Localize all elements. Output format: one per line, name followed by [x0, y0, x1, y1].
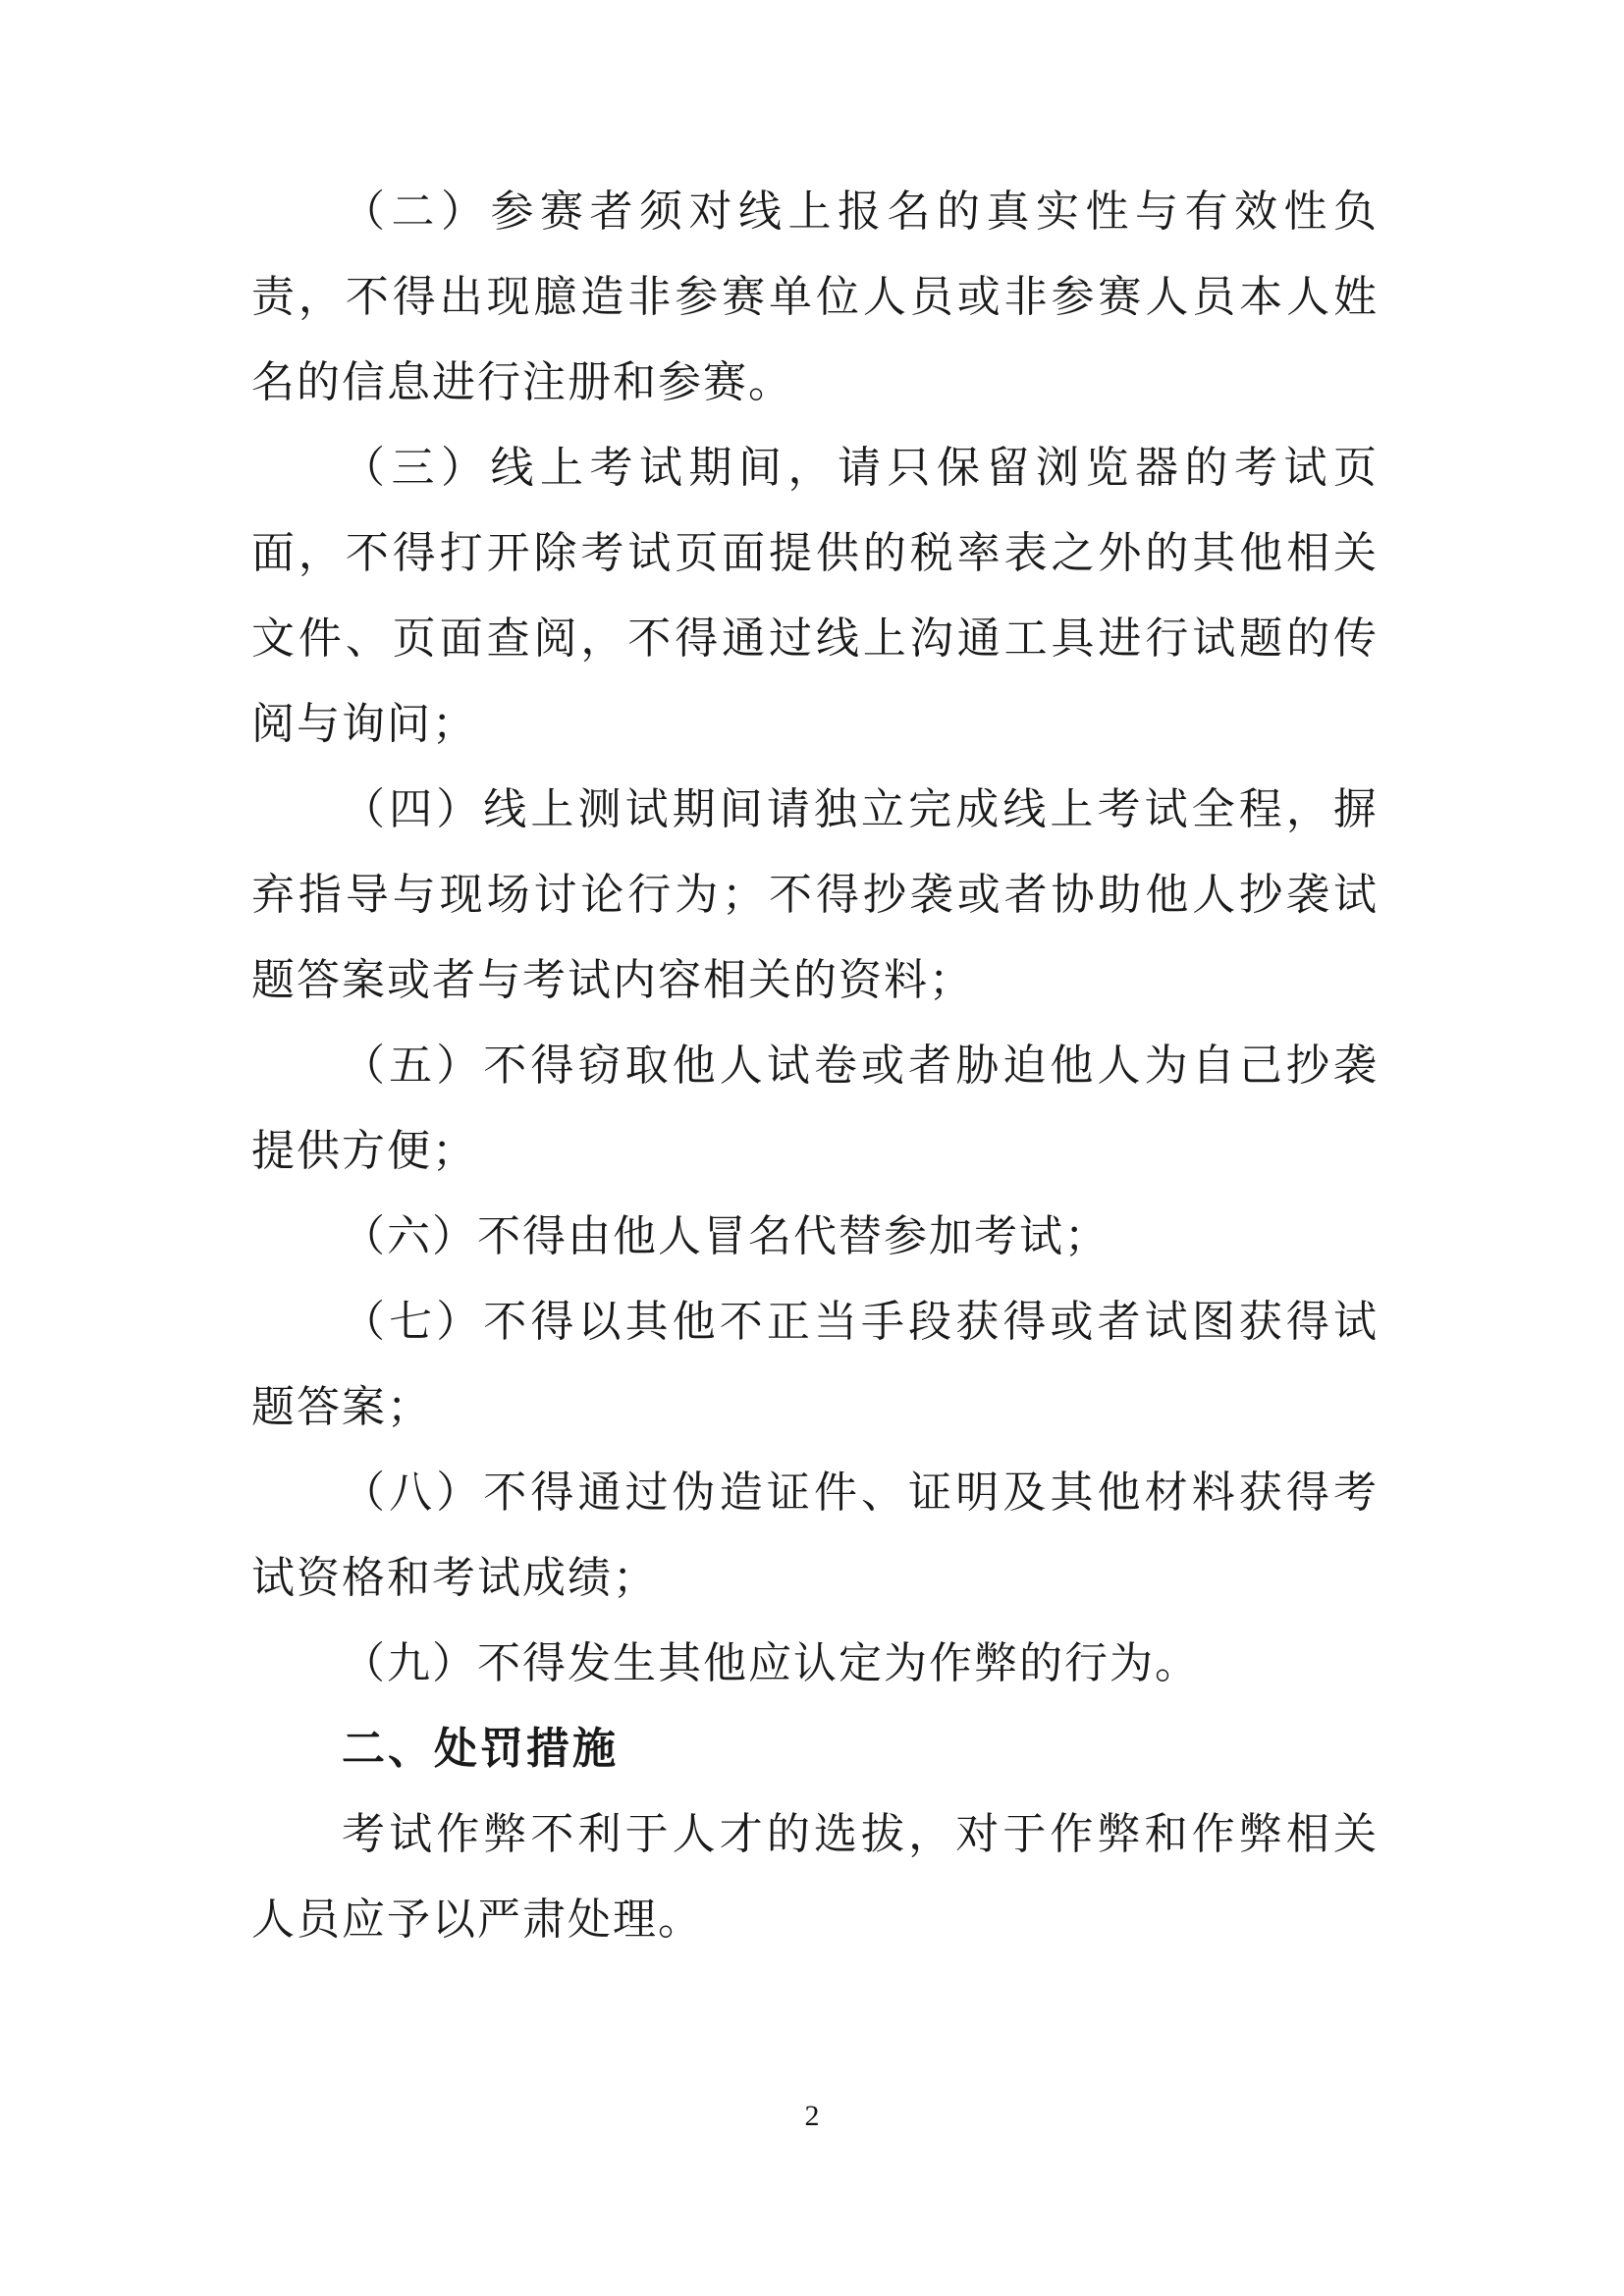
paragraph-item-8: （八）不得通过伪造证件、证明及其他材料获得考试资格和考试成绩； [251, 1450, 1379, 1621]
paragraph-item-7: （七）不得以其他不正当手段获得或者试图获得试题答案； [251, 1279, 1379, 1450]
document-page: （二）参赛者须对线上报名的真实性与有效性负责，不得出现臆造非参赛单位人员或非参赛… [0, 0, 1624, 2296]
page-number: 2 [0, 2097, 1624, 2136]
paragraph-punishment-intro: 考试作弊不利于人才的选拔，对于作弊和作弊相关人员应予以严肃处理。 [251, 1791, 1379, 1962]
document-body: （二）参赛者须对线上报名的真实性与有效性负责，不得出现臆造非参赛单位人员或非参赛… [251, 169, 1379, 1962]
paragraph-item-9: （九）不得发生其他应认定为作弊的行为。 [251, 1621, 1379, 1706]
paragraph-item-4: （四）线上测试期间请独立完成线上考试全程，摒弃指导与现场讨论行为；不得抄袭或者协… [251, 767, 1379, 1023]
paragraph-item-2: （二）参赛者须对线上报名的真实性与有效性负责，不得出现臆造非参赛单位人员或非参赛… [251, 169, 1379, 425]
paragraph-item-6: （六）不得由他人冒名代替参加考试； [251, 1194, 1379, 1279]
paragraph-item-3: （三）线上考试期间，请只保留浏览器的考试页面，不得打开除考试页面提供的税率表之外… [251, 425, 1379, 767]
paragraph-item-5: （五）不得窃取他人试卷或者胁迫他人为自己抄袭提供方便； [251, 1023, 1379, 1194]
section-heading-punishment-measures: 二、处罚措施 [251, 1706, 1379, 1791]
